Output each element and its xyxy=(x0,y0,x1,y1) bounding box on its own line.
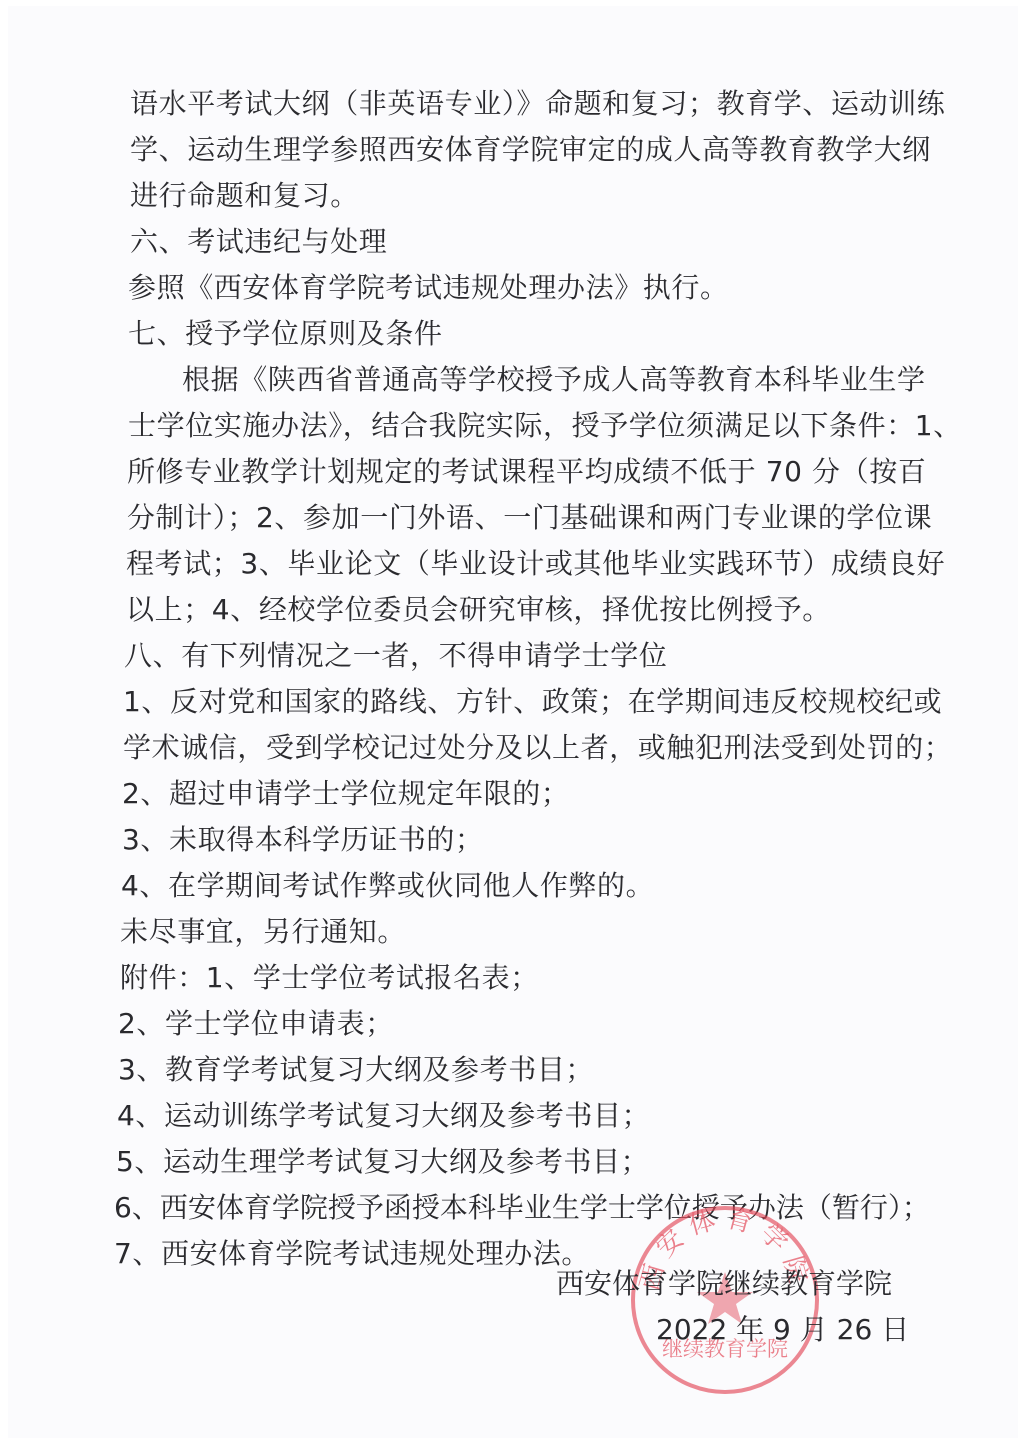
section-heading: 七、授予学位原则及条件 xyxy=(128,316,443,352)
attachment-item: 2、学士学位申请表； xyxy=(118,1006,394,1042)
paragraph-line: 进行命题和复习。 xyxy=(130,178,359,214)
list-item: 3、未取得本科学历证书的； xyxy=(122,822,484,858)
attachment-item: 附件：1、学士学位考试报名表； xyxy=(120,960,539,996)
attachment-item: 3、教育学考试复习大纲及参考书目； xyxy=(118,1052,594,1088)
attachment-item: 7、西安体育学院考试违规处理办法。 xyxy=(114,1236,590,1272)
document-page: 语水平考试大纲（非英语专业）》命题和复习；教育学、运动训练 学、运动生理学参照西… xyxy=(8,6,1018,1438)
issue-date: 2022 年 9 月 26 日 xyxy=(656,1312,909,1348)
list-item: 学术诚信，受到学校记过处分及以上者，或触犯刑法受到处罚的； xyxy=(123,730,952,766)
paragraph-line: 学、运动生理学参照西安体育学院审定的成人高等教育教学大纲 xyxy=(130,132,910,168)
paragraph-line: 根据《陕西省普通高等学校授予成人高等教育本科毕业生学 xyxy=(182,362,926,398)
paragraph-line: 以上；4、经校学位委员会研究审核，择优按比例授予。 xyxy=(126,592,831,628)
section-heading: 六、考试违纪与处理 xyxy=(130,224,387,260)
paragraph-line: 士学位实施办法》，结合我院实际，授予学位须满足以下条件：1、 xyxy=(128,408,962,444)
paragraph-line: 未尽事宜，另行通知。 xyxy=(120,914,406,950)
attachment-item: 5、运动生理学考试复习大纲及参考书目； xyxy=(116,1144,649,1180)
list-item: 4、在学期间考试作弊或伙同他人作弊的。 xyxy=(121,868,654,904)
attachment-item: 4、运动训练学考试复习大纲及参考书目； xyxy=(117,1098,650,1134)
paragraph-line: 语水平考试大纲（非英语专业）》命题和复习；教育学、运动训练 xyxy=(130,86,910,122)
paragraph-line: 所修专业教学计划规定的考试课程平均成绩不低于 70 分（按百 xyxy=(127,454,926,490)
paragraph-line: 分制计）；2、参加一门外语、一门基础课和两门专业课的学位课 xyxy=(127,500,932,536)
section-heading: 八、有下列情况之一者，不得申请学士学位 xyxy=(124,638,667,674)
issuer-name: 西安体育学院继续教育学院 xyxy=(556,1266,892,1302)
list-item: 1、反对党和国家的路线、方针、政策；在学期间违反校规校纪或 xyxy=(123,684,942,720)
list-item: 2、超过申请学士学位规定年限的； xyxy=(122,776,569,812)
paragraph-line: 参照《西安体育学院考试违规处理办法》执行。 xyxy=(128,270,729,306)
paragraph-line: 程考试；3、毕业论文（毕业设计或其他毕业实践环节）成绩良好 xyxy=(126,546,945,582)
